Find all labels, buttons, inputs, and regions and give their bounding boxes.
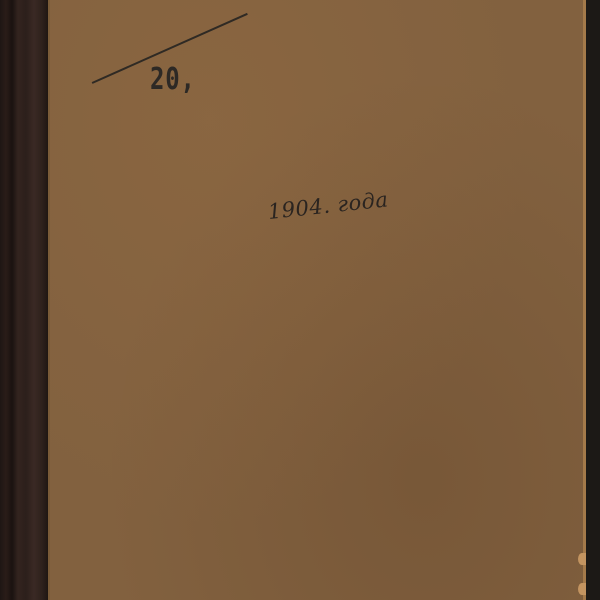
cardboard-cover: [48, 0, 585, 600]
book-spine: [0, 0, 48, 600]
edge-tear: [578, 583, 586, 595]
edge-tear: [578, 553, 586, 565]
cover-right-edge: [583, 0, 586, 600]
scanned-document: 20, 1904. года: [0, 0, 600, 600]
stamp-number: 20,: [150, 62, 196, 97]
